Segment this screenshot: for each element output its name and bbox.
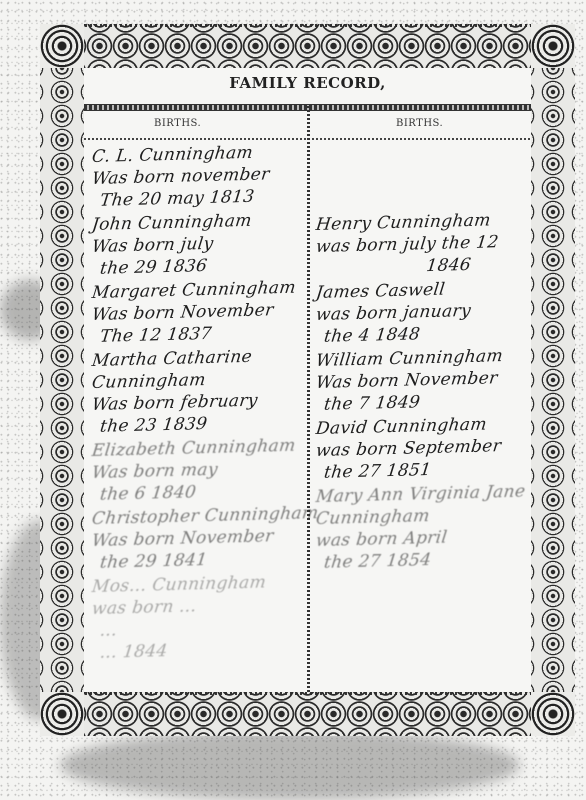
entry-date: the 29 1836 [91,252,306,280]
entry-date: the 4 1848 [315,321,528,348]
rosette-corner-icon [531,692,575,736]
birth-entry: William Cunningham Was born November the… [316,350,526,416]
entry-extra: ... 1844 [91,636,306,664]
births-header-right: BIRTHS. [396,118,443,129]
birth-entry: Christopher Cunningham Was born November… [92,508,304,574]
smudge [60,730,520,800]
rosette-corner-icon [40,692,84,736]
record-page: FAMILY RECORD, BIRTHS. BIRTHS. C. L. Cun… [84,68,531,692]
entry-date: the 6 1840 [91,478,306,506]
birth-entry: C. L. Cunningham Was born november The 2… [92,146,304,212]
birth-entry: Margaret Cunningham Was born November Th… [92,282,304,348]
birth-entry: John Cunningham Was born july the 29 183… [92,214,304,280]
birth-entry: Mary Ann Virginia Jane Cunningham was bo… [316,486,526,574]
entry-date: the 23 1839 [91,410,306,438]
births-header-left: BIRTHS. [154,118,201,129]
birth-entry: Martha Catharine Cunningham Was born feb… [92,350,304,438]
ornamental-border-left [40,24,84,736]
entry-date: the 27 1851 [315,457,528,484]
birth-entry: Mos... Cunningham was born ... ... ... 1… [92,576,304,664]
entry-date: 1846 [315,253,528,280]
entry-date: The 20 may 1813 [91,184,306,212]
births-column-left: C. L. Cunningham Was born november The 2… [92,146,304,666]
entry-date: the 27 1854 [315,547,528,574]
page-title: FAMILY RECORD, [84,74,531,92]
entry-date: the 29 1841 [91,546,306,574]
ornamental-border-bottom [40,692,575,736]
birth-entry: Elizabeth Cunningham Was born may the 6 … [92,440,304,506]
ornamental-border-right [531,24,575,736]
births-column-right: Henry Cunningham was born july the 12 18… [316,214,526,576]
birth-entry: Henry Cunningham was born july the 12 18… [316,214,526,280]
ornamental-border-top [40,24,575,68]
column-divider [307,106,310,692]
entry-date: The 12 1837 [91,320,306,348]
entry-date: the 7 1849 [315,389,528,416]
rosette-corner-icon [531,24,575,68]
rosette-corner-icon [40,24,84,68]
birth-entry: David Cunningham was born September the … [316,418,526,484]
birth-entry: James Caswell was born january the 4 184… [316,282,526,348]
family-record-frame: FAMILY RECORD, BIRTHS. BIRTHS. C. L. Cun… [40,24,575,736]
